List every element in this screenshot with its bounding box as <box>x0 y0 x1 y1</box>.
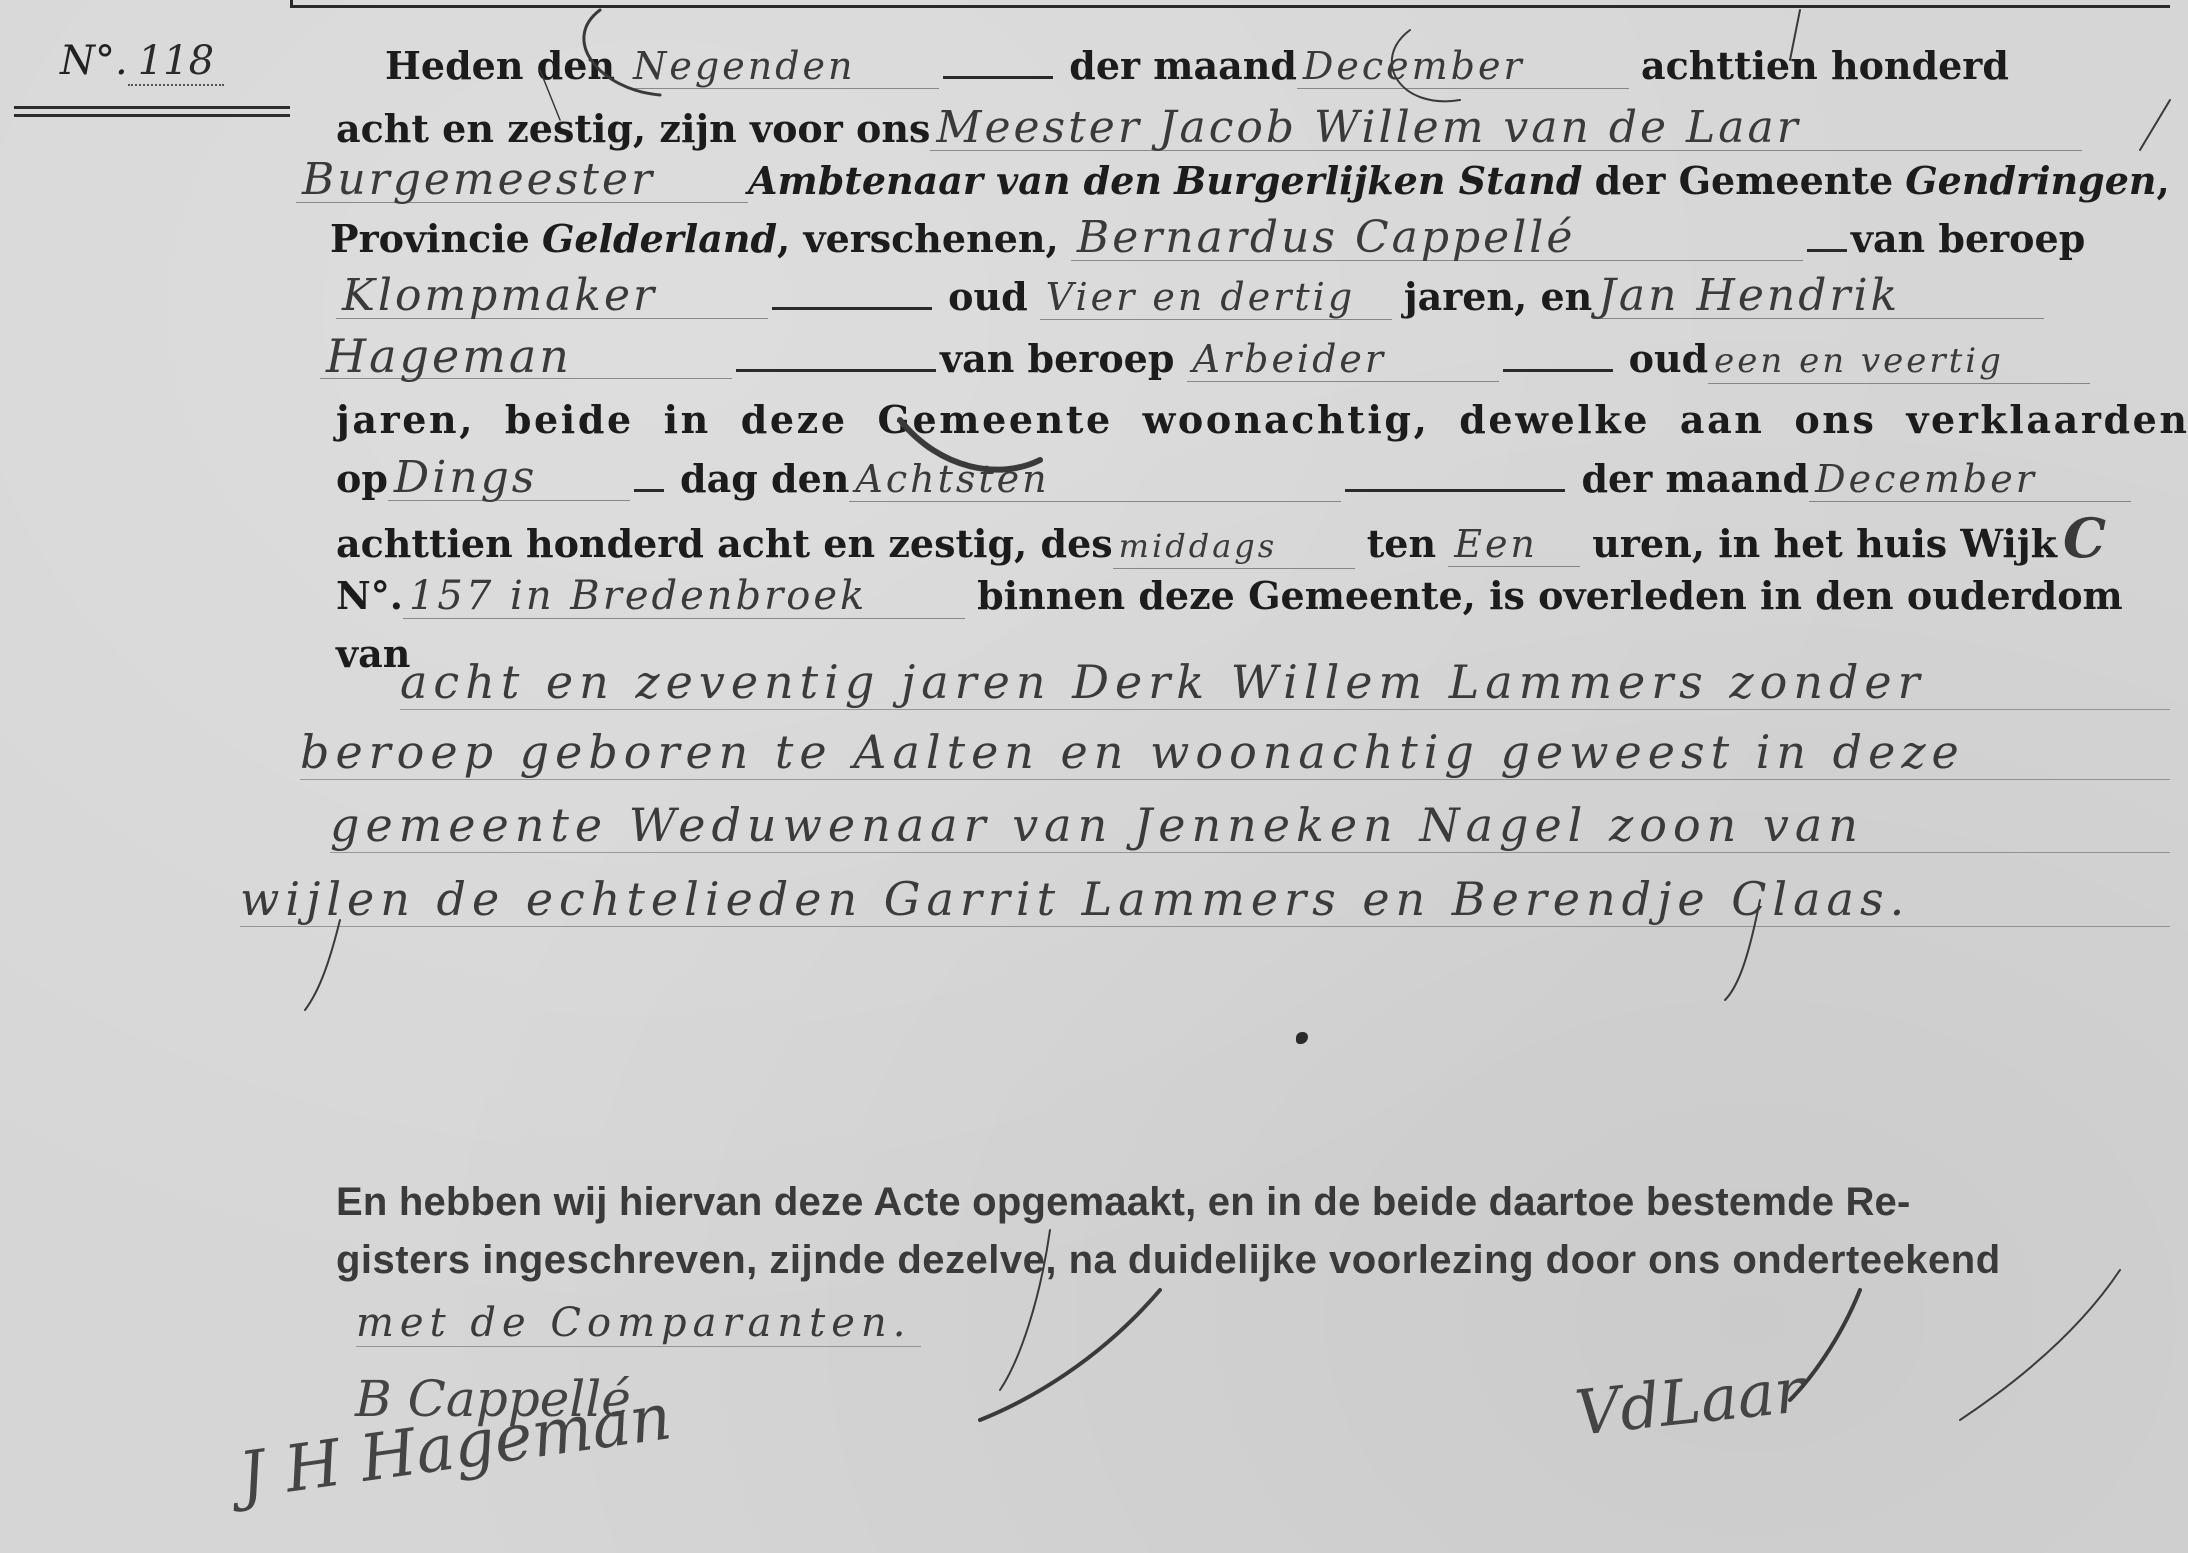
closing-line-1: En hebben wij hiervan deze Acte opgemaak… <box>336 1180 1911 1225</box>
handwritten-day-of-death: Achtsten <box>849 457 1341 502</box>
handwritten-hour: Een <box>1448 522 1580 567</box>
handwritten-line-2: beroep geboren te Aalten en woonachtig g… <box>300 725 2170 780</box>
handwritten-month: December <box>1297 44 1629 89</box>
printed-text: Heden den <box>385 43 615 88</box>
handwritten-declarant-2-surname: Hageman <box>320 334 732 379</box>
printed-text: op <box>336 456 388 501</box>
ink-blot <box>1296 1032 1308 1044</box>
handwritten-part-of-day: middags <box>1113 524 1355 569</box>
handwritten-age-2: een en veertig <box>1708 339 2090 384</box>
handwritten-line-3: gemeente Weduwenaar van Jenneken Nagel z… <box>330 798 2170 853</box>
printed-text: ten <box>1367 521 1436 566</box>
handwritten-declarant-2: Jan Hendrik <box>1592 274 2044 319</box>
province: Gelderland <box>542 216 777 261</box>
handwritten-month-of-death: December <box>1809 457 2131 502</box>
handwritten-line-1: acht en zeventig jaren Derk Willem Lamme… <box>400 655 2170 710</box>
printed-text: binnen deze Gemeente, is overleden in de… <box>977 573 2123 618</box>
printed-text: van beroep <box>940 336 1174 381</box>
body-row-5: Klompmaker oud Vier en dertig jaren, enJ… <box>336 274 2044 320</box>
printed-text: dag den <box>680 456 849 501</box>
printed-text: Ambtenaar van den <box>748 158 1162 203</box>
handwritten-ward: C <box>2057 506 2115 570</box>
printed-text: oud <box>1629 336 1709 381</box>
handwritten-occupation-1: Klompmaker <box>336 274 768 319</box>
handwritten-title: Burgemeester <box>296 158 748 203</box>
printed-text: acht en zestig, zijn voor ons <box>336 106 930 151</box>
printed-text: oud <box>948 274 1028 319</box>
body-row-8: opDings dag denAchtsten der maandDecembe… <box>336 456 2131 502</box>
body-row-9: achttien honderd acht en zestig, desmidd… <box>336 516 2115 569</box>
printed-text: der maand <box>1069 43 1297 88</box>
body-row-10: N°.157 in Bredenbroek binnen deze Gemeen… <box>336 574 2123 619</box>
fill-line <box>634 489 664 492</box>
closing-line-2: gisters ingeschreven, zijnde dezelve, na… <box>336 1238 2001 1283</box>
printed-text: der Gemeente <box>1595 158 1894 203</box>
act-number-label: N°. <box>60 38 128 84</box>
printed-text: jaren, en <box>1404 274 1592 319</box>
act-number-double-rule <box>14 106 290 117</box>
fill-line <box>736 369 936 372</box>
act-number: N°.118 <box>60 38 224 84</box>
printed-text: , verschenen, <box>777 216 1059 261</box>
body-row-6: Hagemanvan beroep Arbeider oudeen en vee… <box>320 334 2090 384</box>
printed-text: Provincie <box>330 216 530 261</box>
printed-text: achttien honderd <box>1641 43 2009 88</box>
body-row-3: BurgemeesterAmbtenaar van den Burgerlijk… <box>296 158 2170 203</box>
fill-line <box>1807 249 1847 252</box>
top-border-corner <box>290 0 293 6</box>
handwritten-day: Negenden <box>627 44 939 89</box>
body-row-4: Provincie Gelderland, verschenen, Bernar… <box>330 216 2085 261</box>
handwritten-official-name: Meester Jacob Willem van de Laar <box>930 106 2082 151</box>
handwritten-occupation-2: Arbeider <box>1187 337 1499 382</box>
handwritten-line-4: wijlen de echtelieden Garrit Lammers en … <box>240 872 2170 927</box>
handwritten-with-witnesses: met de Comparanten. <box>356 1300 921 1347</box>
civil-record-page: N°.118 Heden den Negenden der maandDecem… <box>0 0 2188 1553</box>
fill-line <box>1503 369 1613 372</box>
printed-text: , <box>2157 158 2170 203</box>
handwritten-weekday: Dings <box>388 456 630 501</box>
handwritten-declarant-1: Bernardus Cappellé <box>1071 216 1803 261</box>
printed-text: uren, in het huis Wijk <box>1592 521 2057 566</box>
printed-text: jaren, beide in deze Gemeente woonachtig… <box>336 397 2188 442</box>
body-row-1: Heden den Negenden der maandDecember ach… <box>385 44 2009 89</box>
municipality: Gendringen <box>1905 158 2156 203</box>
fill-line <box>772 307 932 310</box>
signature-official: VdLaar <box>1572 1353 1808 1450</box>
top-border-rule <box>290 0 2170 8</box>
body-row-7: jaren, beide in deze Gemeente woonachtig… <box>336 398 2188 442</box>
handwritten-age-1: Vier en dertig <box>1040 275 1392 320</box>
printed-text: Burgerlijken Stand <box>1174 158 1582 203</box>
printed-text: der maand <box>1581 456 1809 501</box>
printed-text: N°. <box>336 573 403 618</box>
body-row-2: acht en zestig, zijn voor onsMeester Jac… <box>336 106 2082 151</box>
act-number-value: 118 <box>128 38 224 86</box>
printed-text: van beroep <box>1851 216 2085 261</box>
handwritten-house-address: 157 in Bredenbroek <box>403 574 965 619</box>
fill-line <box>1345 489 1565 492</box>
fill-line <box>943 76 1053 79</box>
printed-text: achttien honderd acht en zestig, des <box>336 521 1113 566</box>
